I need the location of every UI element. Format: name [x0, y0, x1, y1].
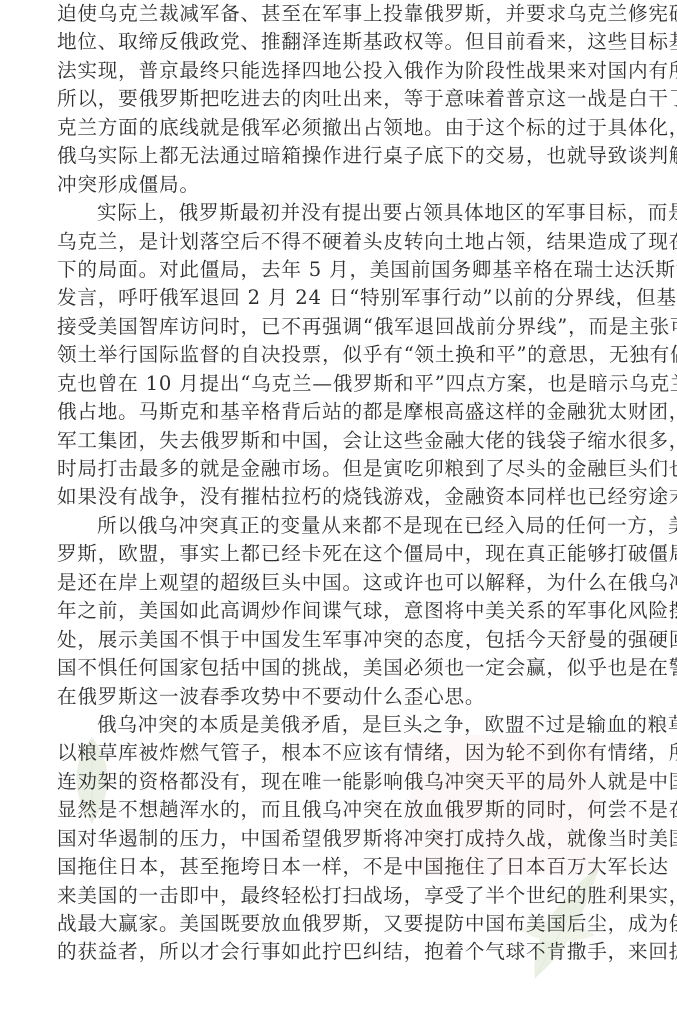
text-line: 所以，要俄罗斯把吃进去的肉吐出来，等于意味着普京这一战是白干了，但乌 [57, 85, 629, 113]
text-line: 地位、取缔反俄政党、推翻泽连斯基政权等。但目前看来，这些目标基本都无 [57, 28, 629, 56]
text-line: 连劝架的资格都没有，现在唯一能影响俄乌冲突天平的局外人就是中国，中国 [57, 768, 629, 796]
text-line: 俄乌冲突的本质是美俄矛盾，是巨头之争，欧盟不过是输血的粮草库，所 [57, 711, 629, 739]
text-line: 所以俄乌冲突真正的变量从来都不是现在已经入局的任何一方，美国，俄 [57, 512, 629, 540]
text-line: 国拖住日本，甚至拖垮日本一样，不是中国拖住了日本百万大军长达 8 年，何 [57, 853, 629, 881]
text-line: 俄占地。马斯克和基辛格背后站的都是摩根高盛这样的金融犹太财团，相比于 [57, 398, 629, 426]
text-line: 法实现，普京最终只能选择四地公投入俄作为阶段性战果来对国内有所交代。 [57, 57, 629, 85]
paragraph: 所以俄乌冲突真正的变量从来都不是现在已经入局的任何一方，美国，俄 罗斯，欧盟，事… [57, 512, 629, 711]
paragraph: 迫使乌克兰裁减军备、甚至在军事上投靠俄罗斯，并要求乌克兰修宪确立中立 地位、取缔… [57, 0, 629, 199]
text-line: 冲突形成僵局。 [57, 171, 629, 199]
text-line: 处，展示美国不惧于中国发生军事冲突的态度，包括今天舒曼的强硬回应，美 [57, 626, 629, 654]
document-body: 迫使乌克兰裁减军备、甚至在军事上投靠俄罗斯，并要求乌克兰修宪确立中立 地位、取缔… [57, 0, 629, 967]
text-line: 是还在岸上观望的超级巨头中国。这或许也可以解释，为什么在俄乌冲突一周 [57, 569, 629, 597]
text-line: 下的局面。对此僵局，去年 5 月，美国前国务卿基辛格在瑞士达沃斯论坛上的 [57, 256, 629, 284]
text-line: 领土举行国际监督的自决投票，似乎有“领土换和平”的意思，无独有偶，马斯 [57, 341, 629, 369]
text-line: 年之前，美国如此高调炒作间谍气球，意图将中美关系的军事化风险摆在明 [57, 597, 629, 625]
text-line: 克也曾在 10 月提出“乌克兰—俄罗斯和平”四点方案，也是暗示乌克兰放弃收复 [57, 370, 629, 398]
text-line: 俄乌实际上都无法通过暗箱操作进行桌子底下的交易，也就导致谈判解决俄乌 [57, 142, 629, 170]
text-line: 接受美国智库访问时，已不再强调“俄军退回战前分界线”，而是主张可在争议 [57, 313, 629, 341]
paragraph: 实际上，俄罗斯最初并没有提出要占领具体地区的军事目标，而是要改造 乌克兰，是计划… [57, 199, 629, 512]
text-line: 克兰方面的底线就是俄军必须撤出占领地。由于这个标的过于具体化，以至于 [57, 114, 629, 142]
text-line: 罗斯，欧盟，事实上都已经卡死在这个僵局中，现在真正能够打破僵局的变量 [57, 540, 629, 568]
text-line: 实际上，俄罗斯最初并没有提出要占领具体地区的军事目标，而是要改造 [57, 199, 629, 227]
text-line: 国不惧任何国家包括中国的挑战，美国必须也一定会赢，似乎也是在警告中国 [57, 654, 629, 682]
text-line: 以粮草库被炸燃气管子，根本不应该有情绪，因为轮不到你有情绪，所以欧盟 [57, 739, 629, 767]
text-line: 国对华遏制的压力，中国希望俄罗斯将冲突打成持久战，就像当时美国希望中 [57, 825, 629, 853]
text-line: 迫使乌克兰裁减军备、甚至在军事上投靠俄罗斯，并要求乌克兰修宪确立中立 [57, 0, 629, 28]
text-line: 战最大赢家。美国既要放血俄罗斯，又要提防中国布美国后尘，成为俄乌冲突 [57, 910, 629, 938]
text-line: 来美国的一击即中，最终轻松打扫战场，享受了半个世纪的胜利果实，成为二 [57, 882, 629, 910]
text-line: 的获益者，所以才会行事如此拧巴纠结，抱着个气球不肯撒手，来回折腾，内 [57, 938, 629, 966]
paragraph: 俄乌冲突的本质是美俄矛盾，是巨头之争，欧盟不过是输血的粮草库，所 以粮草库被炸燃… [57, 711, 629, 967]
text-line: 时局打击最多的就是金融市场。但是寅吃卯粮到了尽头的金融巨头们也知道， [57, 455, 629, 483]
text-line: 显然是不想趟浑水的，而且俄乌冲突在放血俄罗斯的同时，何尝不是在减轻美 [57, 796, 629, 824]
text-line: 发言，呼吁俄军退回 2 月 24 日“特别军事行动”以前的分界线，但基辛格 9 … [57, 284, 629, 312]
text-line: 军工集团，失去俄罗斯和中国，会让这些金融大佬的钱袋子缩水很多，且动荡 [57, 427, 629, 455]
text-line: 如果没有战争，没有摧枯拉朽的烧钱游戏，金融资本同样也已经穷途末路了。 [57, 483, 629, 511]
text-line: 乌克兰，是计划落空后不得不硬着头皮转向土地占领，结果造成了现在骑虎难 [57, 228, 629, 256]
text-line: 在俄罗斯这一波春季攻势中不要动什么歪心思。 [57, 683, 629, 711]
document-page: ​ ​ 迫使乌克兰裁减军备、甚至在军事上投靠俄罗斯，并要求乌克兰修宪确立中立 地… [0, 0, 677, 1013]
